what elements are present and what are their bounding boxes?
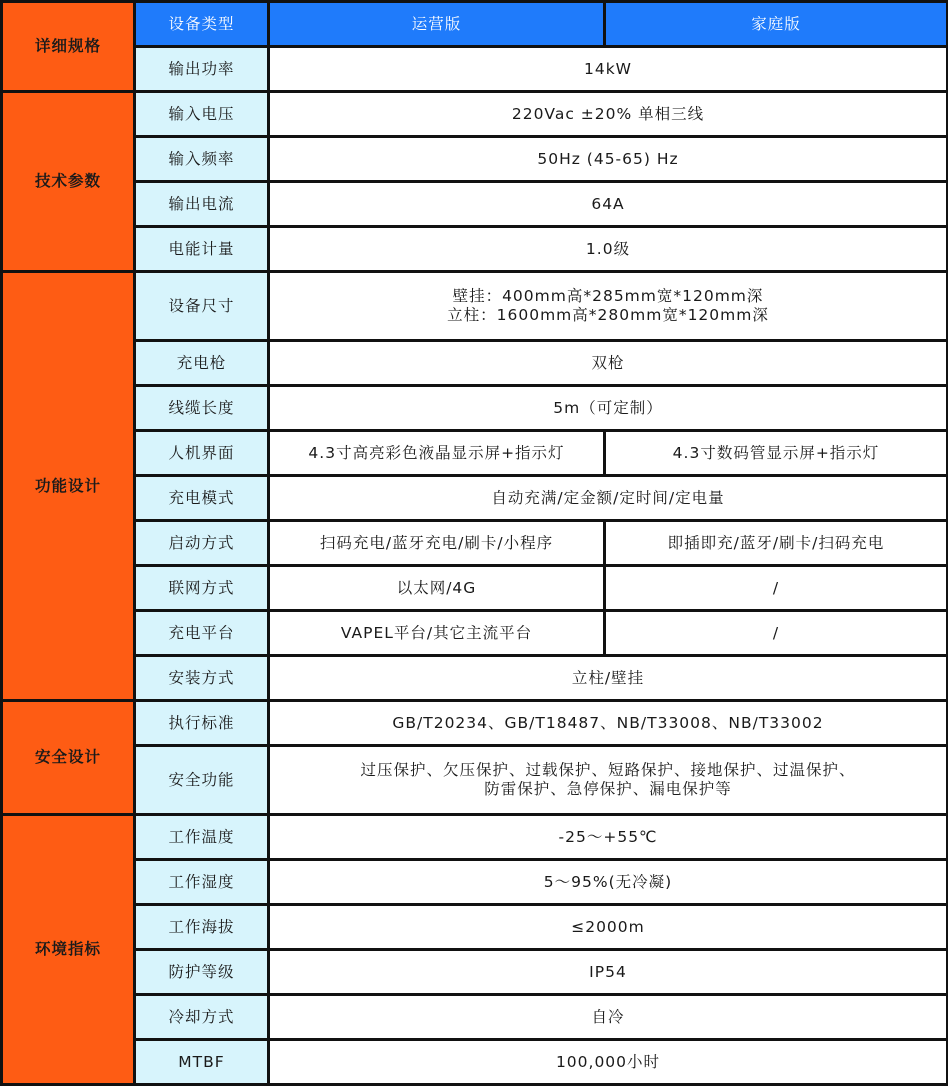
table-row: 技术参数 输入电压 220Vac ±20% 单相三线 xyxy=(2,92,948,137)
spec-table: 详细规格 设备类型 运营版 家庭版 输出功率 14kW 技术参数 输入电压 22… xyxy=(0,0,948,1086)
table-row: 工作湿度 5～95%(无冷凝) xyxy=(2,860,948,905)
table-row: 充电模式 自动充满/定金额/定时间/定电量 xyxy=(2,476,948,521)
row-value-home: 4.3寸数码管显示屏+指示灯 xyxy=(605,431,948,476)
row-label: 输出电流 xyxy=(135,182,269,227)
row-label: 冷却方式 xyxy=(135,995,269,1040)
row-label: 充电平台 xyxy=(135,611,269,656)
table-row: 输出电流 64A xyxy=(2,182,948,227)
table-row: 充电平台 VAPEL平台/其它主流平台 / xyxy=(2,611,948,656)
category-technical-params: 技术参数 xyxy=(2,92,135,272)
row-label: 安装方式 xyxy=(135,656,269,701)
row-label: 启动方式 xyxy=(135,521,269,566)
row-label: 输入电压 xyxy=(135,92,269,137)
row-value-operation: 4.3寸高亮彩色液晶显示屏+指示灯 xyxy=(269,431,605,476)
row-value-multiline: 过压保护、欠压保护、过载保护、短路保护、接地保护、过温保护、 防雷保护、急停保护… xyxy=(269,746,948,815)
row-label: 人机界面 xyxy=(135,431,269,476)
row-value: 50Hz (45-65) Hz xyxy=(269,137,948,182)
table-row: 启动方式 扫码充电/蓝牙充电/刷卡/小程序 即插即充/蓝牙/刷卡/扫码充电 xyxy=(2,521,948,566)
table-row: 功能设计 设备尺寸 壁挂：400mm高*285mm宽*120mm深 立柱：160… xyxy=(2,272,948,341)
row-value: 双枪 xyxy=(269,341,948,386)
header-operation-version: 运营版 xyxy=(269,2,605,47)
row-label: 设备尺寸 xyxy=(135,272,269,341)
header-device-type: 设备类型 xyxy=(135,2,269,47)
row-value: 64A xyxy=(269,182,948,227)
table-row: 安全功能 过压保护、欠压保护、过载保护、短路保护、接地保护、过温保护、 防雷保护… xyxy=(2,746,948,815)
row-value: 100,000小时 xyxy=(269,1040,948,1085)
row-label: 输入频率 xyxy=(135,137,269,182)
table-row: 输入频率 50Hz (45-65) Hz xyxy=(2,137,948,182)
table-row: 冷却方式 自冷 xyxy=(2,995,948,1040)
row-value-home: 即插即充/蓝牙/刷卡/扫码充电 xyxy=(605,521,948,566)
row-value: GB/T20234、GB/T18487、NB/T33008、NB/T33002 xyxy=(269,701,948,746)
row-value: -25～+55℃ xyxy=(269,815,948,860)
row-label: 防护等级 xyxy=(135,950,269,995)
row-value-operation: 扫码充电/蓝牙充电/刷卡/小程序 xyxy=(269,521,605,566)
table-row: 充电枪 双枪 xyxy=(2,341,948,386)
row-label: 充电模式 xyxy=(135,476,269,521)
row-value: 5～95%(无冷凝) xyxy=(269,860,948,905)
row-value-home: / xyxy=(605,566,948,611)
row-label: 工作湿度 xyxy=(135,860,269,905)
row-value-operation: 以太网/4G xyxy=(269,566,605,611)
table-row: 电能计量 1.0级 xyxy=(2,227,948,272)
value-line: 壁挂：400mm高*285mm宽*120mm深 xyxy=(276,287,940,306)
header-row: 详细规格 设备类型 运营版 家庭版 xyxy=(2,2,948,47)
row-value: 自动充满/定金额/定时间/定电量 xyxy=(269,476,948,521)
row-label: 工作温度 xyxy=(135,815,269,860)
table-row: 工作海拔 ≤2000m xyxy=(2,905,948,950)
table-row: 防护等级 IP54 xyxy=(2,950,948,995)
header-home-version: 家庭版 xyxy=(605,2,948,47)
row-value: 220Vac ±20% 单相三线 xyxy=(269,92,948,137)
row-value: ≤2000m xyxy=(269,905,948,950)
row-value-multiline: 壁挂：400mm高*285mm宽*120mm深 立柱：1600mm高*280mm… xyxy=(269,272,948,341)
table-row: MTBF 100,000小时 xyxy=(2,1040,948,1085)
row-value: 14kW xyxy=(269,47,948,92)
category-safety-design: 安全设计 xyxy=(2,701,135,815)
category-environment: 环境指标 xyxy=(2,815,135,1085)
table-row: 人机界面 4.3寸高亮彩色液晶显示屏+指示灯 4.3寸数码管显示屏+指示灯 xyxy=(2,431,948,476)
table-row: 输出功率 14kW xyxy=(2,47,948,92)
row-value-home: / xyxy=(605,611,948,656)
category-detailed-specs: 详细规格 xyxy=(2,2,135,92)
row-label: 充电枪 xyxy=(135,341,269,386)
table-row: 环境指标 工作温度 -25～+55℃ xyxy=(2,815,948,860)
row-value: 5m（可定制） xyxy=(269,386,948,431)
row-label: 安全功能 xyxy=(135,746,269,815)
value-line: 立柱：1600mm高*280mm宽*120mm深 xyxy=(276,306,940,325)
row-value-operation: VAPEL平台/其它主流平台 xyxy=(269,611,605,656)
row-value: 自冷 xyxy=(269,995,948,1040)
row-label: 输出功率 xyxy=(135,47,269,92)
category-function-design: 功能设计 xyxy=(2,272,135,701)
row-label: 电能计量 xyxy=(135,227,269,272)
table-row: 线缆长度 5m（可定制） xyxy=(2,386,948,431)
table-row: 安装方式 立柱/壁挂 xyxy=(2,656,948,701)
row-label: 联网方式 xyxy=(135,566,269,611)
table-row: 联网方式 以太网/4G / xyxy=(2,566,948,611)
row-label: 工作海拔 xyxy=(135,905,269,950)
value-line: 过压保护、欠压保护、过载保护、短路保护、接地保护、过温保护、 xyxy=(276,761,940,780)
row-value: IP54 xyxy=(269,950,948,995)
row-value: 立柱/壁挂 xyxy=(269,656,948,701)
row-label: 执行标准 xyxy=(135,701,269,746)
row-label: MTBF xyxy=(135,1040,269,1085)
row-value: 1.0级 xyxy=(269,227,948,272)
table-row: 安全设计 执行标准 GB/T20234、GB/T18487、NB/T33008、… xyxy=(2,701,948,746)
row-label: 线缆长度 xyxy=(135,386,269,431)
value-line: 防雷保护、急停保护、漏电保护等 xyxy=(276,780,940,799)
